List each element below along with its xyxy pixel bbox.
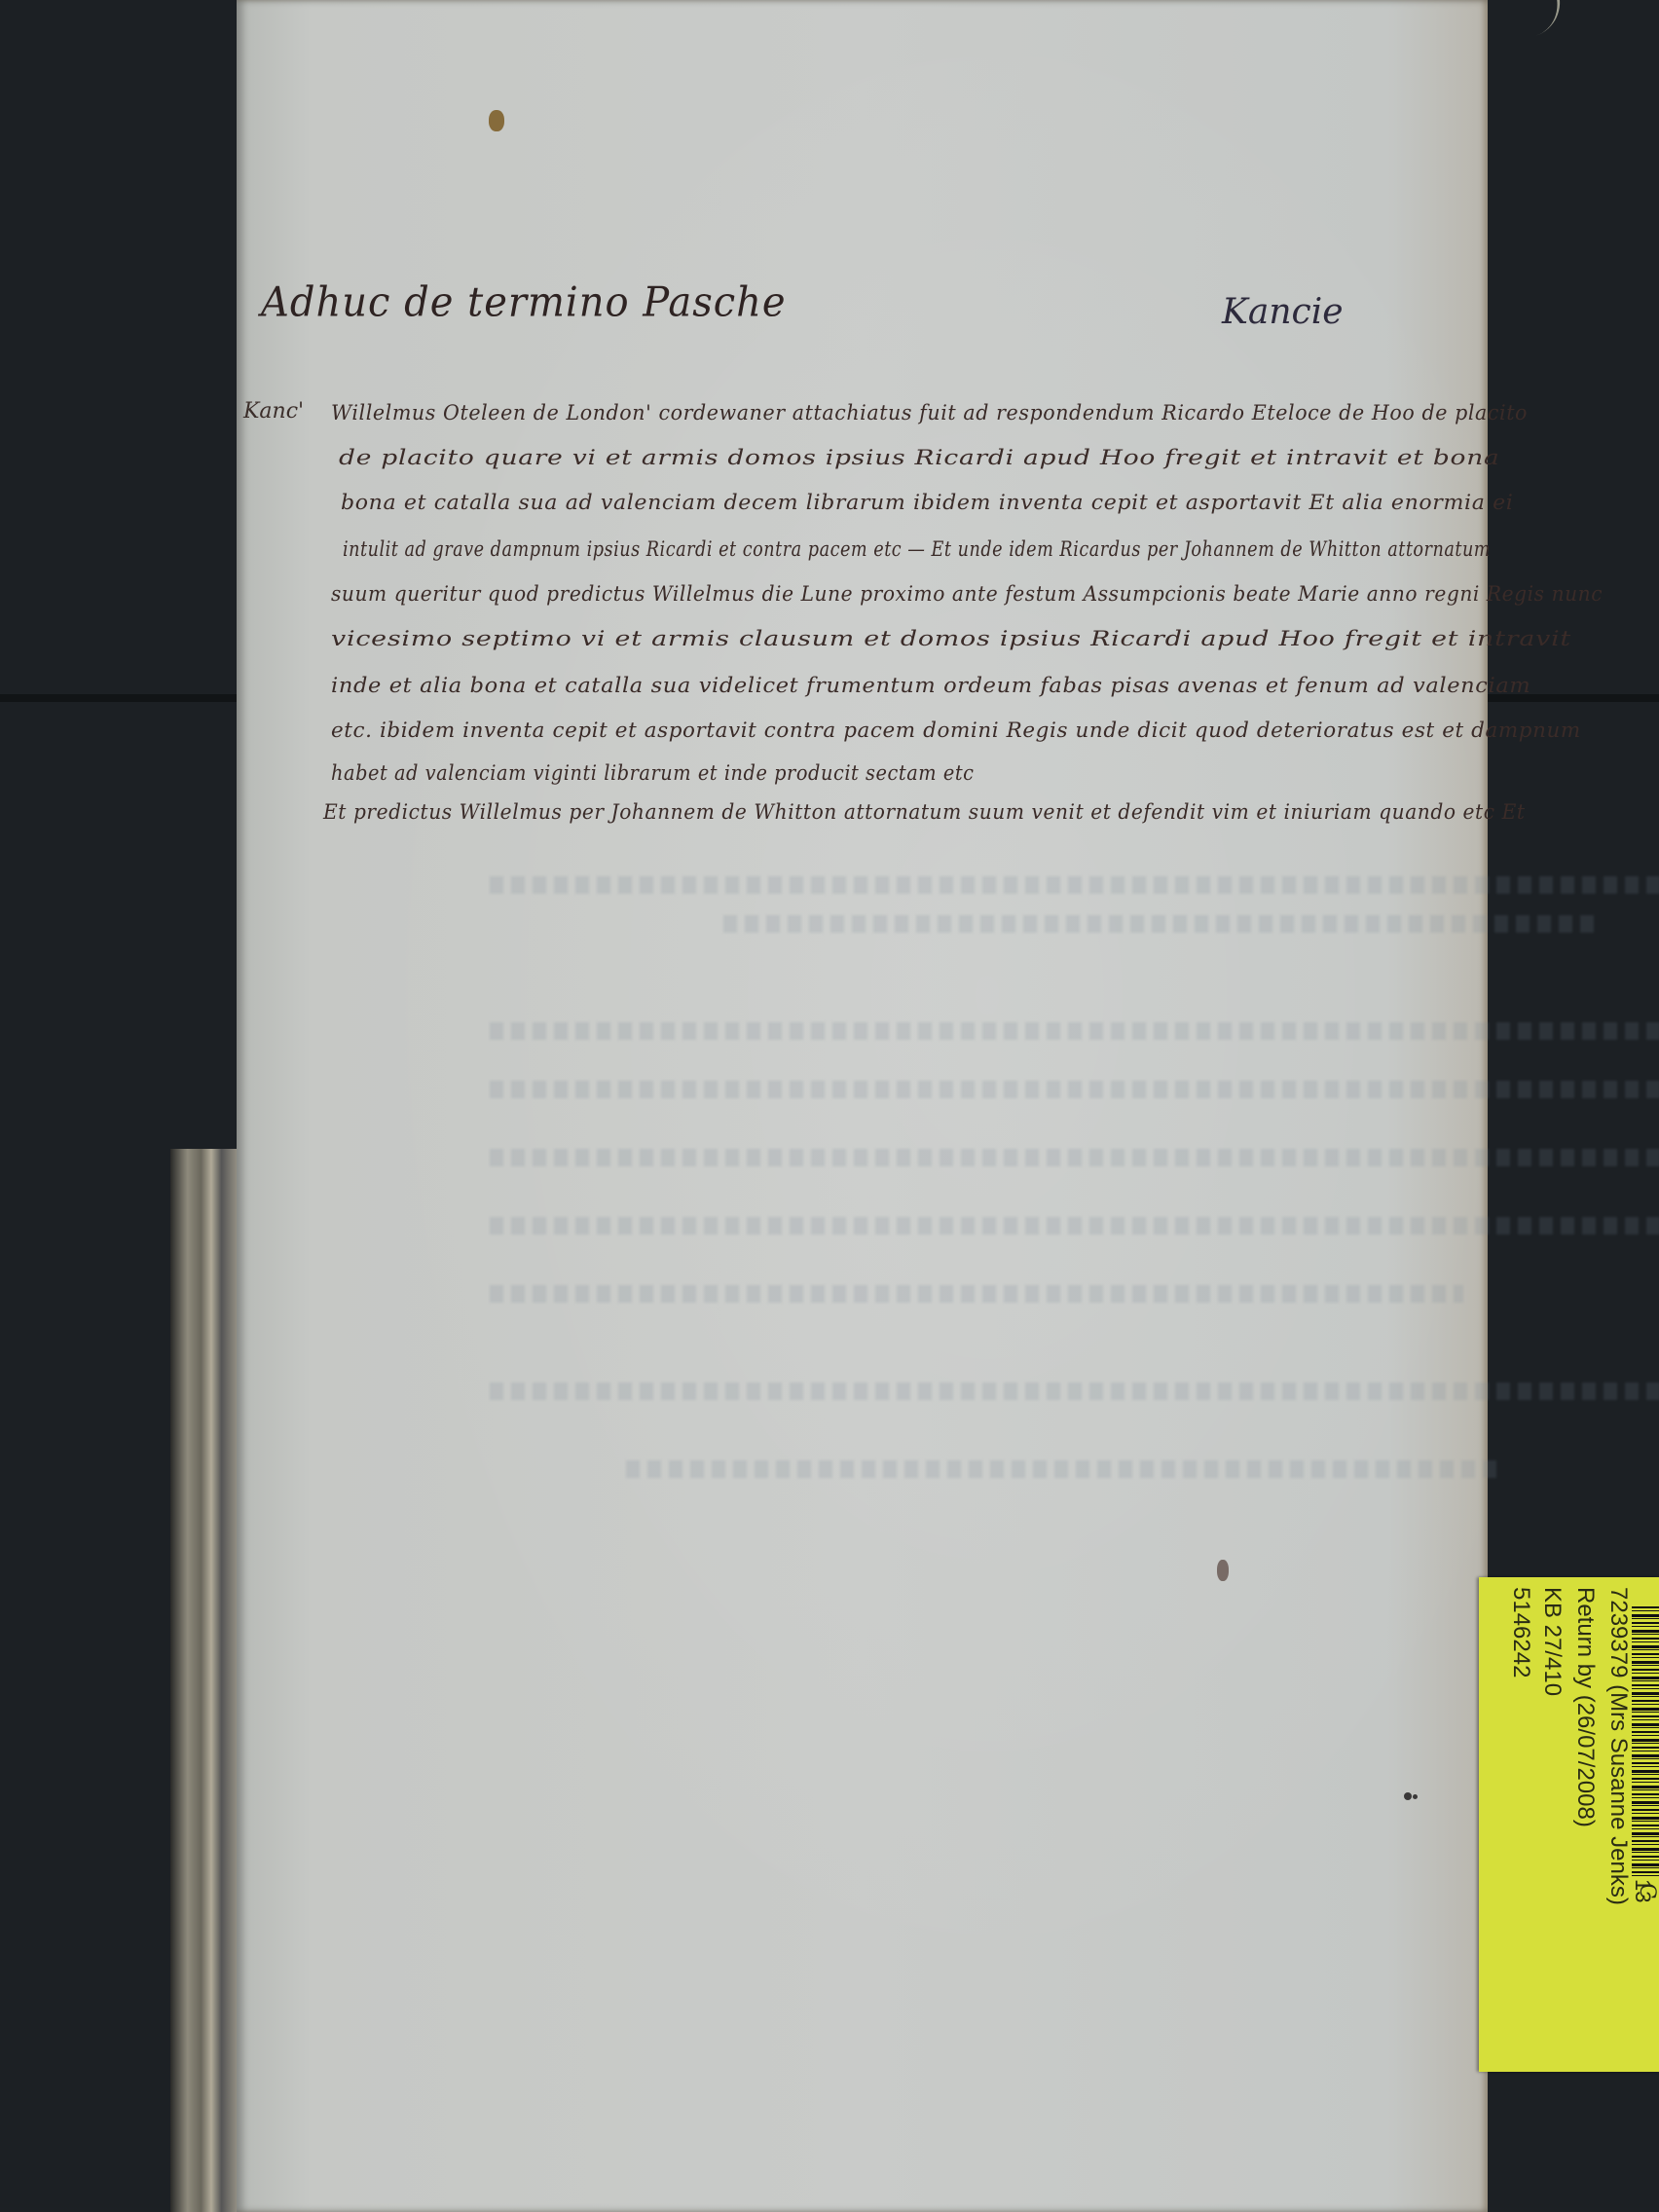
reader-ticket: 7239379 (Mrs Susanne Jenks): [1604, 1587, 1632, 1905]
show-through-text: [490, 1022, 1659, 1040]
hole-mark: [1217, 1560, 1229, 1581]
show-through-text: [490, 1217, 1659, 1235]
show-through-text: [626, 1460, 1502, 1478]
text-line: de placito quare vi et armis domos ipsiu…: [339, 446, 1500, 469]
text-line: Willelmus Oteleen de London' cordewaner …: [331, 401, 1528, 424]
show-through-text: [490, 1285, 1463, 1303]
show-through-text: [490, 1149, 1659, 1166]
show-through-text: [723, 915, 1600, 933]
text-line: Et predictus Willelmus per Johannem de W…: [323, 800, 1526, 824]
piece-reference: KB 27/410: [1538, 1587, 1566, 1696]
underlying-membrane-edges: [170, 1149, 239, 2212]
text-line: etc. ibidem inventa cepit et asportavit …: [331, 719, 1581, 742]
show-through-text: [490, 876, 1659, 894]
return-by-date: Return by (26/07/2008): [1571, 1587, 1599, 1827]
show-through-text: [490, 1081, 1659, 1098]
ink-stain: [489, 110, 504, 131]
document-reference-number: 5146242: [1507, 1587, 1534, 1677]
speck: [1404, 1792, 1412, 1800]
text-line: vicesimo septimo vi et armis clausum et …: [331, 627, 1571, 650]
barcode-icon: [1632, 1606, 1659, 1879]
archive-production-slip: 5146242 KB 27/410 Return by (26/07/2008)…: [1479, 1577, 1659, 2072]
text-line: intulit ad grave dampnum ipsius Ricardi …: [343, 537, 1491, 561]
speck: [1413, 1794, 1418, 1799]
text-line: suum queritur quod predictus Willelmus d…: [331, 582, 1603, 606]
show-through-text: [490, 1382, 1659, 1400]
margin-county-note: Kanc': [243, 399, 304, 424]
roll-heading: Adhuc de termino Pasche: [261, 279, 787, 326]
text-line: inde et alia bona et catalla sua videlic…: [331, 674, 1530, 697]
corner-mark: C: [1635, 1883, 1659, 1899]
text-line: habet ad valenciam viginti librarum et i…: [331, 761, 975, 785]
text-line: bona et catalla sua ad valenciam decem l…: [341, 491, 1513, 514]
county-marginal-heading: Kancie: [1222, 292, 1344, 332]
